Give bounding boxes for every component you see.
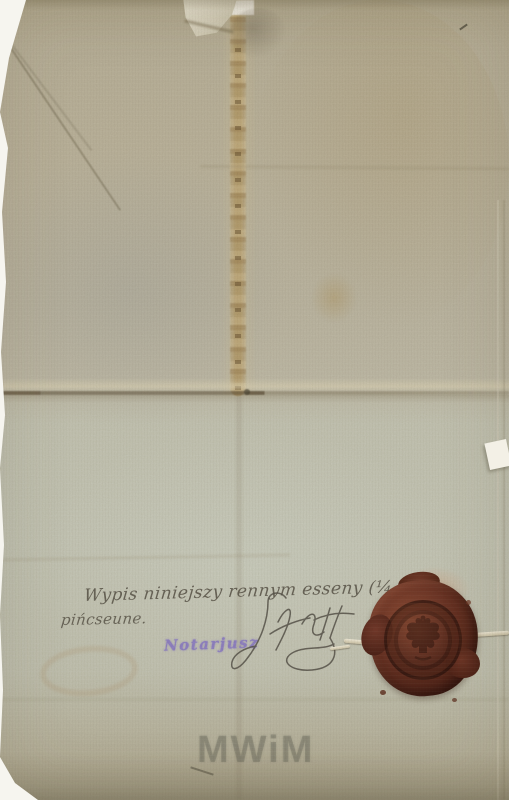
- paper-tab: [484, 439, 509, 470]
- photo-vignette: [0, 0, 509, 800]
- paper-sheet: Wypis niniejszy rennym esseny (¼ pińcseu…: [0, 0, 509, 800]
- document-photo: Wypis niniejszy rennym esseny (¼ pińcseu…: [0, 0, 509, 800]
